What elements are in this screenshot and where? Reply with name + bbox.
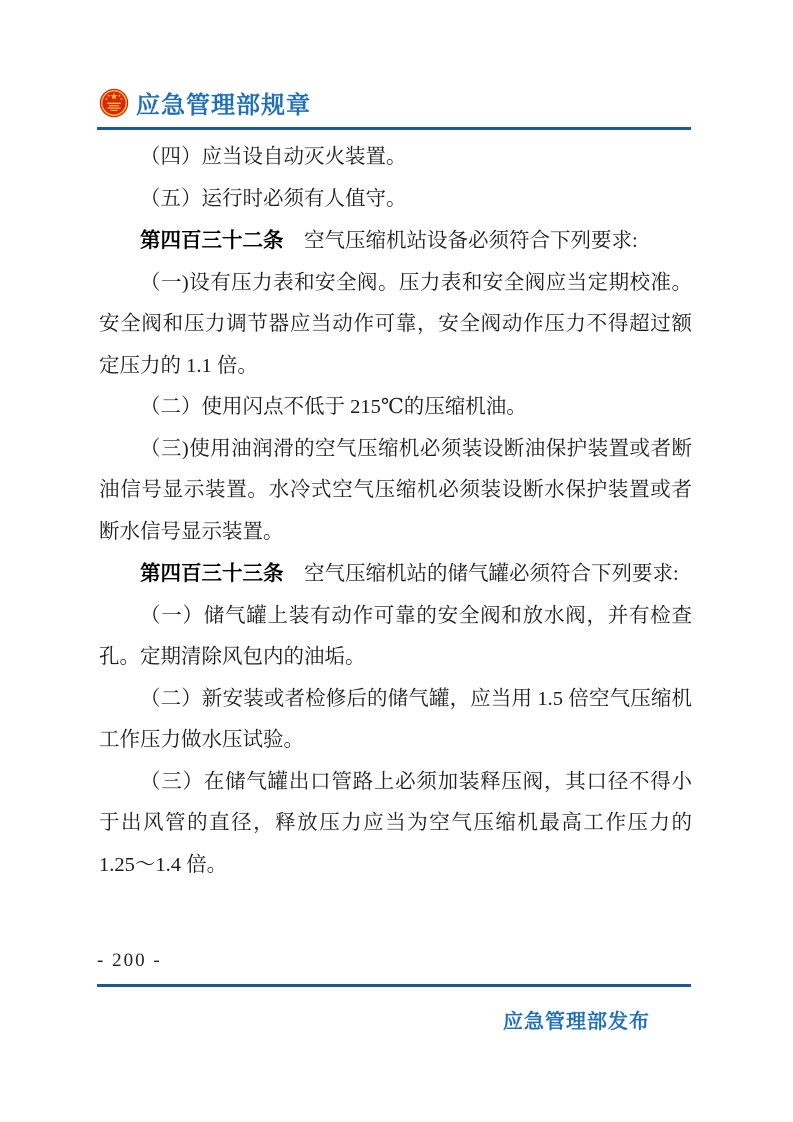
- paragraph-item-5: （五）运行时必须有人值守。: [99, 179, 692, 221]
- paragraph-432-item-3: （三)使用油润滑的空气压缩机必须装设断油保护装置或者断油信号显示装置。水冷式空气…: [99, 429, 692, 554]
- paragraph-432-item-2: （二）使用闪点不低于 215℃的压缩机油。: [99, 387, 692, 429]
- publisher-label: 应急管理部发布: [503, 1005, 650, 1034]
- paragraph-433-item-1: （一）储气罐上装有动作可靠的安全阀和放水阀，并有检查孔。定期清除风包内的油垢。: [99, 596, 692, 679]
- document-body: （四）应当设自动灭火装置。 （五）运行时必须有人值守。 第四百三十二条 空气压缩…: [99, 137, 692, 886]
- article-433-number: 第四百三十三条: [140, 562, 284, 585]
- paragraph-item-4: （四）应当设自动灭火装置。: [99, 137, 692, 179]
- document-page: 应急管理部规章 （四）应当设自动灭火装置。 （五）运行时必须有人值守。 第四百三…: [0, 0, 793, 1122]
- footer-publisher-row: 应急管理部发布: [99, 1005, 693, 1034]
- article-433-text: 空气压缩机站的储气罐必须符合下列要求:: [284, 563, 679, 585]
- article-432-number: 第四百三十二条: [140, 229, 284, 252]
- article-433-paragraph: 第四百三十三条 空气压缩机站的储气罐必须符合下列要求:: [99, 553, 692, 596]
- article-432-text: 空气压缩机站设备必须符合下列要求:: [284, 230, 638, 252]
- footer-rule: [97, 984, 691, 987]
- header-rule: [97, 127, 691, 130]
- national-emblem-icon: [99, 88, 129, 118]
- header-title: 应急管理部规章: [136, 85, 311, 120]
- paragraph-433-item-3: （三）在储气罐出口管路上必须加装释压阀，其口径不得小于出风管的直径，释放压力应当…: [99, 762, 692, 887]
- paragraph-432-item-1: （一)设有压力表和安全阀。压力表和安全阀应当定期校准。安全阀和压力调节器应当动作…: [99, 263, 692, 388]
- page-header: 应急管理部规章: [99, 85, 311, 120]
- article-432-paragraph: 第四百三十二条 空气压缩机站设备必须符合下列要求:: [99, 220, 692, 263]
- paragraph-433-item-2: （二）新安装或者检修后的储气罐，应当用 1.5 倍空气压缩机工作压力做水压试验。: [99, 679, 692, 762]
- page-number: - 200 -: [97, 950, 162, 972]
